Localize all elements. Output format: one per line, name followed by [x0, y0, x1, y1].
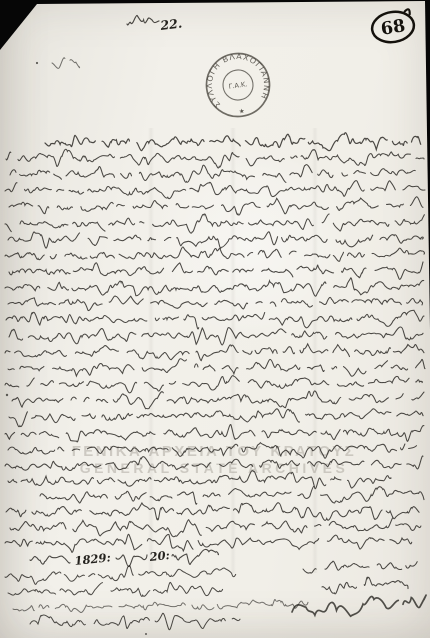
- handwriting-line: [9, 327, 423, 345]
- handwriting-line: [8, 471, 391, 489]
- handwriting-line: [8, 296, 423, 311]
- ink-speck: [36, 62, 38, 64]
- handwriting-line: [6, 503, 423, 521]
- date-line: [172, 549, 218, 564]
- stamp-center-text: Γ.Α.Κ.: [228, 80, 248, 91]
- handwriting-line: [10, 518, 421, 537]
- stamp-ring-text: ΣΥΛΛΟΓΗ ΒΛΑΧΟΓΙΑΝΝΗ: [201, 48, 274, 111]
- closing-line: [322, 577, 408, 594]
- handwriting-line: [5, 456, 423, 471]
- postscript-line: [30, 613, 240, 630]
- handwriting-line: [9, 262, 423, 279]
- postscript-line: [13, 599, 308, 612]
- received-note-script: [127, 15, 159, 25]
- handwriting-line: [8, 359, 425, 377]
- handwriting-line: [6, 310, 424, 329]
- handwriting-line: [5, 425, 424, 442]
- handwriting-line: [8, 443, 422, 459]
- handwriting-layer: ΣΥΛΛΟΓΗ ΒΛΑΧΟΓΙΑΝΝΗ Γ.Α.Κ. ★ 68 22. 1829…: [0, 0, 430, 638]
- handwriting-line: [5, 247, 424, 261]
- handwriting-line: [40, 486, 424, 504]
- handwriting-line: [5, 278, 425, 296]
- handwriting-line: [9, 197, 423, 215]
- ink-speck: [6, 394, 8, 396]
- folio-number: 68: [380, 16, 407, 40]
- stamp-star-icon: ★: [238, 107, 245, 116]
- handwriting-line: [9, 409, 423, 427]
- postscript-line: [5, 566, 240, 585]
- ink-speck: [145, 633, 147, 635]
- received-note-number: 22.: [159, 15, 183, 33]
- handwriting-line: [5, 344, 424, 361]
- closing-line: [303, 561, 421, 573]
- paper-sheet: ΓΕΝΙΚΑ ΑΡΧΕΙΑ ΤΟΥ ΚΡΑΤΟΥΣ GENERAL STATE …: [0, 0, 430, 638]
- handwriting-line: [8, 232, 423, 248]
- handwriting-line: [5, 214, 424, 233]
- date-year: 1829:: [74, 550, 112, 568]
- date-line: [30, 556, 70, 564]
- signature-flourish: [292, 595, 426, 616]
- handwriting-line: [5, 534, 412, 552]
- handwriting-line: [5, 181, 425, 199]
- handwriting-line: [45, 133, 421, 151]
- archive-stamp: ΣΥΛΛΟΓΗ ΒΛΑΧΟΓΙΑΝΝΗ Γ.Α.Κ. ★: [201, 48, 276, 121]
- archivist-mark: [52, 58, 80, 69]
- handwriting-line: [5, 376, 422, 393]
- handwriting-line: [12, 391, 424, 409]
- date-day: 20:: [148, 548, 171, 564]
- handwriting-line: [10, 165, 422, 183]
- folio-number-circle: 68: [370, 9, 416, 45]
- handwriting-line: [6, 149, 424, 168]
- scanned-letter: ΓΕΝΙΚΑ ΑΡΧΕΙΑ ΤΟΥ ΚΡΑΤΟΥΣ GENERAL STATE …: [0, 0, 430, 638]
- date-line: [116, 555, 147, 567]
- postscript-line: [8, 582, 223, 596]
